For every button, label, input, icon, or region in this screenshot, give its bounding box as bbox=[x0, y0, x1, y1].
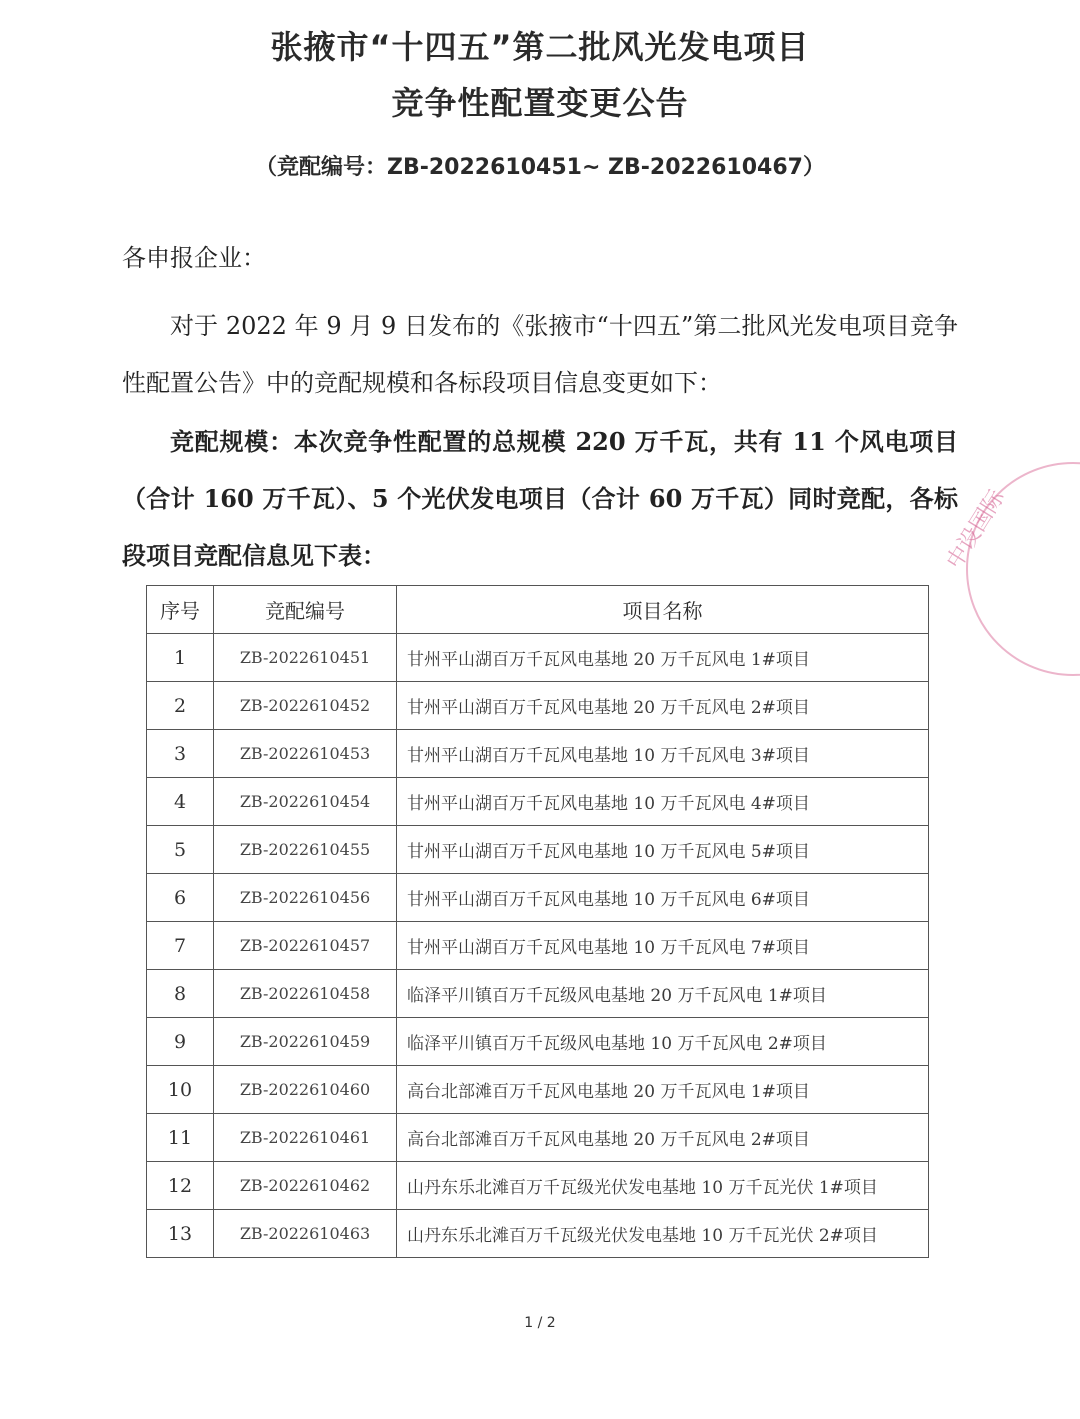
cell-name: 甘州平山湖百万千瓦风电基地 10 万千瓦风电 3#项目 bbox=[397, 730, 929, 778]
cell-code: ZB-2022610455 bbox=[214, 826, 397, 874]
cell-no: 4 bbox=[147, 778, 214, 826]
cell-name: 高台北部滩百万千瓦风电基地 20 万千瓦风电 2#项目 bbox=[397, 1114, 929, 1162]
cell-code: ZB-2022610454 bbox=[214, 778, 397, 826]
paragraph-intro: 对于 2022 年 9 月 9 日发布的《张掖市“十四五”第二批风光发电项目竞争… bbox=[122, 298, 958, 412]
cell-no: 10 bbox=[147, 1066, 214, 1114]
cell-code: ZB-2022610463 bbox=[214, 1210, 397, 1258]
cell-no: 1 bbox=[147, 634, 214, 682]
table-row: 8ZB-2022610458临泽平川镇百万千瓦级风电基地 20 万千瓦风电 1#… bbox=[147, 970, 929, 1018]
document-title: 张掖市“十四五”第二批风光发电项目 bbox=[0, 22, 1080, 68]
cell-name: 临泽平川镇百万千瓦级风电基地 10 万千瓦风电 2#项目 bbox=[397, 1018, 929, 1066]
header-code: 竞配编号 bbox=[214, 586, 397, 634]
cell-no: 3 bbox=[147, 730, 214, 778]
scale-lead: 竞配规模： bbox=[170, 427, 294, 456]
cell-name: 山丹东乐北滩百万千瓦级光伏发电基地 10 万千瓦光伏 1#项目 bbox=[397, 1162, 929, 1210]
table-header-row: 序号 竞配编号 项目名称 bbox=[147, 586, 929, 634]
table-row: 4ZB-2022610454甘州平山湖百万千瓦风电基地 10 万千瓦风电 4#项… bbox=[147, 778, 929, 826]
cell-name: 甘州平山湖百万千瓦风电基地 10 万千瓦风电 7#项目 bbox=[397, 922, 929, 970]
page-number: 1 / 2 bbox=[0, 1315, 1080, 1331]
cell-code: ZB-2022610457 bbox=[214, 922, 397, 970]
cell-no: 7 bbox=[147, 922, 214, 970]
paragraph-scale: 竞配规模：本次竞争性配置的总规模 220 万千瓦，共有 11 个风电项目（合计 … bbox=[122, 413, 958, 584]
cell-name: 甘州平山湖百万千瓦风电基地 10 万千瓦风电 5#项目 bbox=[397, 826, 929, 874]
header-name: 项目名称 bbox=[397, 586, 929, 634]
document-subtitle: 竞争性配置变更公告 bbox=[0, 78, 1080, 124]
table-row: 7ZB-2022610457甘州平山湖百万千瓦风电基地 10 万千瓦风电 7#项… bbox=[147, 922, 929, 970]
cell-no: 2 bbox=[147, 682, 214, 730]
cell-code: ZB-2022610459 bbox=[214, 1018, 397, 1066]
cell-code: ZB-2022610461 bbox=[214, 1114, 397, 1162]
cell-name: 高台北部滩百万千瓦风电基地 20 万千瓦风电 1#项目 bbox=[397, 1066, 929, 1114]
cell-no: 12 bbox=[147, 1162, 214, 1210]
cell-name: 甘州平山湖百万千瓦风电基地 10 万千瓦风电 4#项目 bbox=[397, 778, 929, 826]
project-table: 序号 竞配编号 项目名称 1ZB-2022610451甘州平山湖百万千瓦风电基地… bbox=[146, 585, 929, 1258]
salutation: 各申报企业： bbox=[122, 238, 266, 273]
cell-name: 甘州平山湖百万千瓦风电基地 10 万千瓦风电 6#项目 bbox=[397, 874, 929, 922]
cell-no: 11 bbox=[147, 1114, 214, 1162]
cell-no: 8 bbox=[147, 970, 214, 1018]
header-no: 序号 bbox=[147, 586, 214, 634]
cell-code: ZB-2022610460 bbox=[214, 1066, 397, 1114]
table-row: 1ZB-2022610451甘州平山湖百万千瓦风电基地 20 万千瓦风电 1#项… bbox=[147, 634, 929, 682]
cell-code: ZB-2022610453 bbox=[214, 730, 397, 778]
cell-name: 甘州平山湖百万千瓦风电基地 20 万千瓦风电 2#项目 bbox=[397, 682, 929, 730]
table-row: 2ZB-2022610452甘州平山湖百万千瓦风电基地 20 万千瓦风电 2#项… bbox=[147, 682, 929, 730]
code-range: （竞配编号：ZB-2022610451~ ZB-2022610467） bbox=[0, 150, 1080, 181]
table-row: 13ZB-2022610463山丹东乐北滩百万千瓦级光伏发电基地 10 万千瓦光… bbox=[147, 1210, 929, 1258]
table-row: 5ZB-2022610455甘州平山湖百万千瓦风电基地 10 万千瓦风电 5#项… bbox=[147, 826, 929, 874]
table-row: 3ZB-2022610453甘州平山湖百万千瓦风电基地 10 万千瓦风电 3#项… bbox=[147, 730, 929, 778]
cell-no: 6 bbox=[147, 874, 214, 922]
cell-name: 甘州平山湖百万千瓦风电基地 20 万千瓦风电 1#项目 bbox=[397, 634, 929, 682]
cell-code: ZB-2022610458 bbox=[214, 970, 397, 1018]
cell-no: 13 bbox=[147, 1210, 214, 1258]
table-row: 10ZB-2022610460高台北部滩百万千瓦风电基地 20 万千瓦风电 1#… bbox=[147, 1066, 929, 1114]
table-row: 9ZB-2022610459临泽平川镇百万千瓦级风电基地 10 万千瓦风电 2#… bbox=[147, 1018, 929, 1066]
cell-name: 山丹东乐北滩百万千瓦级光伏发电基地 10 万千瓦光伏 2#项目 bbox=[397, 1210, 929, 1258]
cell-code: ZB-2022610451 bbox=[214, 634, 397, 682]
cell-code: ZB-2022610452 bbox=[214, 682, 397, 730]
cell-code: ZB-2022610456 bbox=[214, 874, 397, 922]
cell-no: 5 bbox=[147, 826, 214, 874]
table-row: 12ZB-2022610462山丹东乐北滩百万千瓦级光伏发电基地 10 万千瓦光… bbox=[147, 1162, 929, 1210]
table-row: 6ZB-2022610456甘州平山湖百万千瓦风电基地 10 万千瓦风电 6#项… bbox=[147, 874, 929, 922]
cell-code: ZB-2022610462 bbox=[214, 1162, 397, 1210]
table-row: 11ZB-2022610461高台北部滩百万千瓦风电基地 20 万千瓦风电 2#… bbox=[147, 1114, 929, 1162]
cell-no: 9 bbox=[147, 1018, 214, 1066]
cell-name: 临泽平川镇百万千瓦级风电基地 20 万千瓦风电 1#项目 bbox=[397, 970, 929, 1018]
